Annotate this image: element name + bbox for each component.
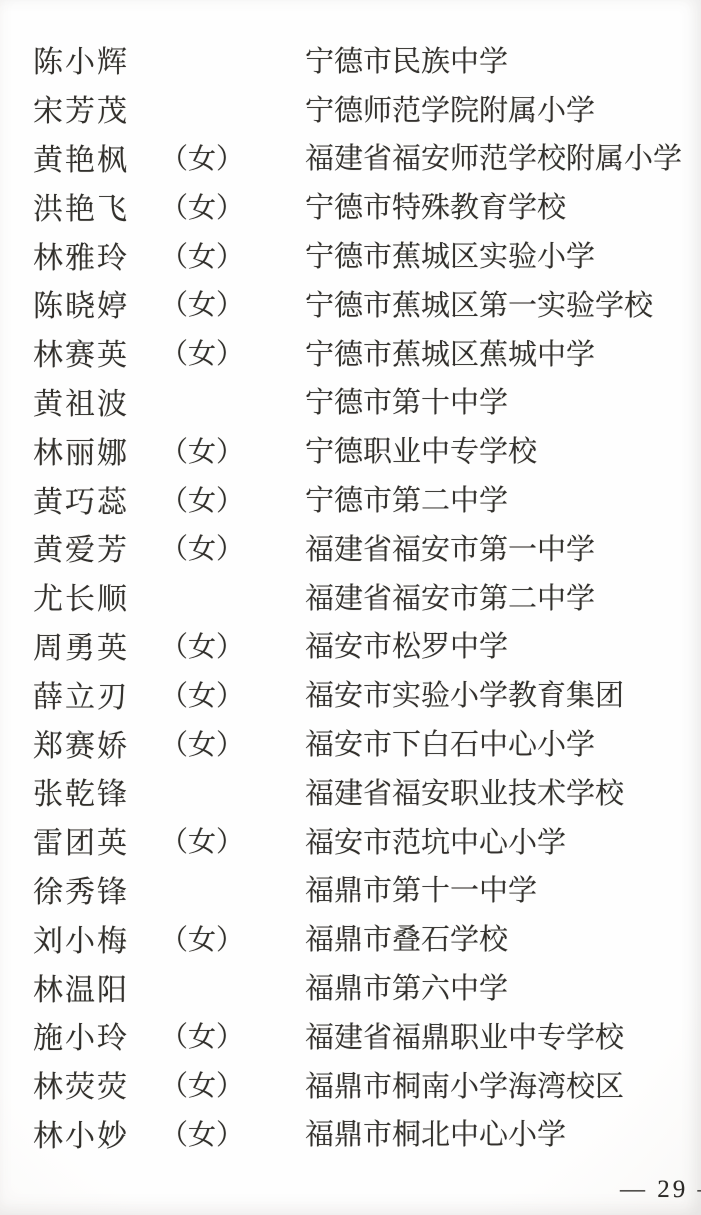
school-name: 福安市范坑中心小学 [305,820,701,861]
roster-list: 陈小辉 宁德市民族中学 宋芳茂 宁德师范学院附属小学 黄艳枫 （女） 福建省福安… [0,35,701,1157]
person-name: 林荧荧 [33,1062,160,1106]
list-item: 林温阳 福鼎市第六中学 [0,962,701,1011]
school-name: 福鼎市桐北中心小学 [305,1112,701,1153]
school-name: 福安市下白石中心小学 [305,722,701,763]
person-name: 陈晓婷 [33,281,160,325]
gender-label: （女） [160,332,305,372]
gender-label: （女） [160,674,305,714]
list-item: 林小妙 （女） 福鼎市桐北中心小学 [0,1109,701,1158]
school-name: 福建省福鼎职业中专学校 [305,1015,701,1056]
gender-label: （女） [160,186,305,226]
person-name: 宋芳茂 [33,86,160,130]
school-name: 宁德市蕉城区第一实验学校 [305,283,701,324]
person-name: 刘小梅 [33,916,160,960]
list-item: 黄祖波 宁德市第十中学 [0,377,701,426]
list-item: 徐秀锋 福鼎市第十一中学 [0,865,701,914]
school-name: 福鼎市第十一中学 [305,868,701,909]
list-item: 陈小辉 宁德市民族中学 [0,35,701,84]
person-name: 陈小辉 [33,37,160,81]
gender-label: （女） [160,479,305,519]
person-name: 施小玲 [33,1013,160,1057]
person-name: 林温阳 [33,965,160,1009]
person-name: 尤长顺 [33,574,160,618]
school-name: 福安市松罗中学 [305,624,701,665]
list-item: 黄爱芳 （女） 福建省福安市第一中学 [0,523,701,572]
school-name: 宁德市特殊教育学校 [305,185,701,226]
list-item: 黄巧蕊 （女） 宁德市第二中学 [0,474,701,523]
gender-label: （女） [160,1113,305,1153]
list-item: 刘小梅 （女） 福鼎市叠石学校 [0,913,701,962]
school-name: 宁德市蕉城区实验小学 [305,234,701,275]
school-name: 宁德市第二中学 [305,478,701,519]
school-name: 宁德师范学院附属小学 [305,88,701,129]
list-item: 林雅玲 （女） 宁德市蕉城区实验小学 [0,230,701,279]
list-item: 张乾锋 福建省福安职业技术学校 [0,767,701,816]
person-name: 徐秀锋 [33,867,160,911]
gender-label: （女） [160,723,305,763]
school-name: 宁德职业中专学校 [305,429,701,470]
school-name: 福建省福安师范学校附属小学 [305,136,701,177]
school-name: 福建省福安市第一中学 [305,527,701,568]
school-name: 福建省福安市第二中学 [305,576,701,617]
scanned-document-page: 陈小辉 宁德市民族中学 宋芳茂 宁德师范学院附属小学 黄艳枫 （女） 福建省福安… [0,0,701,1215]
person-name: 黄巧蕊 [33,477,160,521]
list-item: 陈晓婷 （女） 宁德市蕉城区第一实验学校 [0,279,701,328]
school-name: 福建省福安职业技术学校 [305,771,701,812]
person-name: 黄艳枫 [33,135,160,179]
person-name: 薛立刃 [33,672,160,716]
page-number: — 29 — [620,1176,701,1204]
person-name: 林雅玲 [33,233,160,277]
school-name: 福安市实验小学教育集团 [305,673,701,714]
gender-label: （女） [160,430,305,470]
list-item: 宋芳茂 宁德师范学院附属小学 [0,84,701,133]
school-name: 宁德市第十中学 [305,380,701,421]
gender-label: （女） [160,1015,305,1055]
list-item: 周勇英 （女） 福安市松罗中学 [0,621,701,670]
list-item: 林荧荧 （女） 福鼎市桐南小学海湾校区 [0,1060,701,1109]
person-name: 周勇英 [33,623,160,667]
person-name: 黄爱芳 [33,525,160,569]
school-name: 福鼎市第六中学 [305,966,701,1007]
school-name: 福鼎市叠石学校 [305,917,701,958]
person-name: 林赛英 [33,330,160,374]
gender-label: （女） [160,235,305,275]
list-item: 施小玲 （女） 福建省福鼎职业中专学校 [0,1011,701,1060]
list-item: 郑赛娇 （女） 福安市下白石中心小学 [0,718,701,767]
person-name: 洪艳飞 [33,184,160,228]
list-item: 黄艳枫 （女） 福建省福安师范学校附属小学 [0,133,701,182]
gender-label: （女） [160,820,305,860]
gender-label: （女） [160,918,305,958]
list-item: 林赛英 （女） 宁德市蕉城区蕉城中学 [0,328,701,377]
person-name: 林丽娜 [33,428,160,472]
gender-label: （女） [160,625,305,665]
gender-label: （女） [160,283,305,323]
person-name: 雷团英 [33,818,160,862]
list-item: 雷团英 （女） 福安市范坑中心小学 [0,816,701,865]
school-name: 福鼎市桐南小学海湾校区 [305,1064,701,1105]
school-name: 宁德市民族中学 [305,39,701,80]
school-name: 宁德市蕉城区蕉城中学 [305,332,701,373]
list-item: 林丽娜 （女） 宁德职业中专学校 [0,425,701,474]
person-name: 郑赛娇 [33,721,160,765]
gender-label: （女） [160,1064,305,1104]
person-name: 林小妙 [33,1111,160,1155]
gender-label: （女） [160,527,305,567]
list-item: 洪艳飞 （女） 宁德市特殊教育学校 [0,181,701,230]
person-name: 张乾锋 [33,769,160,813]
list-item: 薛立刃 （女） 福安市实验小学教育集团 [0,669,701,718]
list-item: 尤长顺 福建省福安市第二中学 [0,572,701,621]
person-name: 黄祖波 [33,379,160,423]
gender-label: （女） [160,137,305,177]
